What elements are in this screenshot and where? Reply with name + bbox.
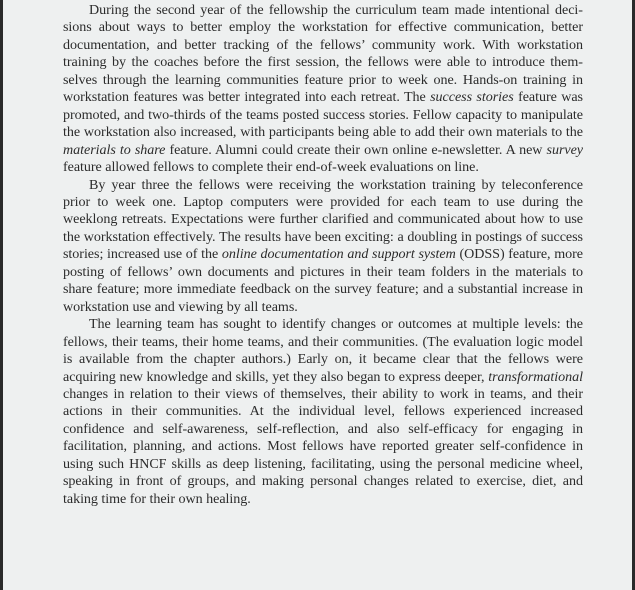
term-success-stories: success stories	[430, 89, 514, 105]
term-survey: survey	[547, 142, 583, 158]
paragraph-year-three: By year three the fellows were receiving…	[63, 177, 583, 317]
paragraph-learning-outcomes: The learning team has sought to identify…	[63, 316, 583, 508]
body-text: During the second year of the fellowship…	[63, 2, 583, 508]
term-transformational: transformational	[488, 369, 583, 385]
paragraph-workstation-year-two: During the second year of the fellowship…	[63, 2, 583, 177]
text-segment: changes in relation to their views of th…	[63, 386, 583, 507]
text-segment: feature allowed fellows to complete thei…	[63, 159, 479, 175]
text-segment: feature. Alumni could create their own o…	[165, 142, 546, 158]
term-odss: online documentation and support system	[222, 246, 456, 262]
document-page: During the second year of the fellowship…	[3, 0, 632, 590]
term-materials-to-share: materials to share	[63, 142, 165, 158]
